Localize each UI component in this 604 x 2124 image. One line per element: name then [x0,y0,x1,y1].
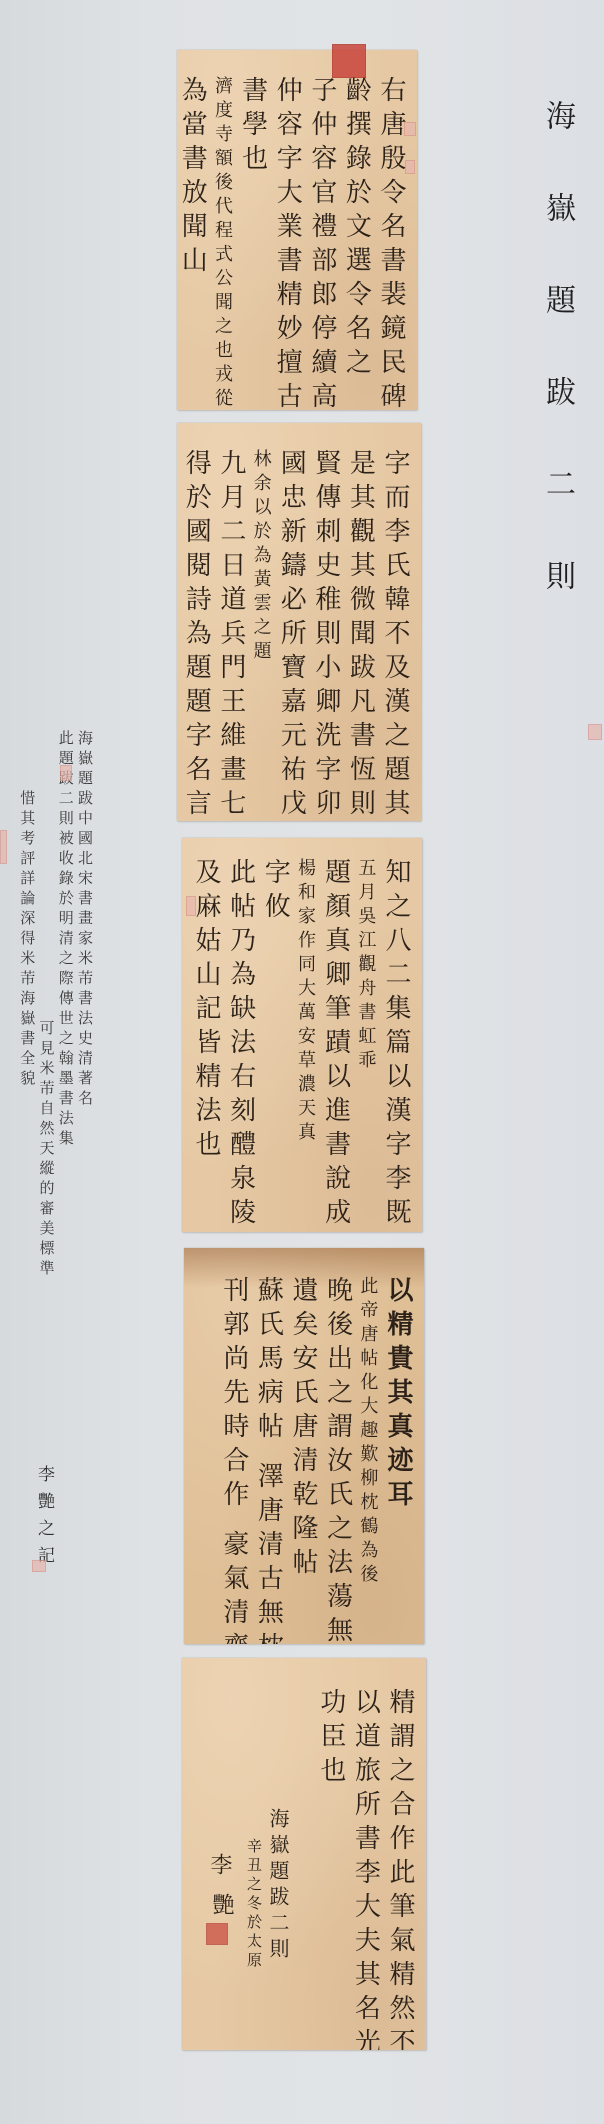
panel-2-column: 林余以於為黃雲之題 [251,449,271,809]
panel-2-column: 賢傳刺史稚則小卿洗字卯唐紹古 [311,449,340,809]
panel-2-column: 得於國閱詩為題題字名言之旗 [182,449,211,809]
calligraphy-panel-2: 字而李氏韓不及漢之題其稱若此 是其觀其微聞跋凡書恆則若集 賢傳刺史稚則小卿洗字卯… [177,423,421,821]
panel-3-column: 字攸 [261,858,290,1220]
panel-4-column: 遺矣安氏唐清乾隆帖 [288,1276,317,1632]
signature-title: 海嶽題跋二則 [264,1808,293,1964]
signature-date: 辛丑之冬於太原 [244,1838,265,1971]
panel-3-column: 楊和家作同大萬安草濃天真 [295,858,315,1220]
panel-5-column: 精謂之合作此筆氣精然不信帖 [385,1688,414,2038]
panel-2-column: 字而李氏韓不及漢之題其稱若此 [380,449,409,809]
calligraphy-panel-5: 精謂之合作此筆氣精然不信帖 以道旅所書李大夫其名光顏唐 功臣也 海嶽題跋二則 辛… [182,1658,426,2050]
panel-2-column: 國忠新鑄必所寶嘉元祐戊辰集 [277,449,306,809]
panel-1-column: 齡撰錄於文選令名之 [342,76,371,398]
signature-name: 艷 [206,1893,237,1915]
panel-4-column: 晚後出之謂汝氏之法蕩無 [323,1276,352,1632]
side-inscription-column: 海嶽題跋中國北宋書畫家米芾書法史清著名 [76,730,93,1280]
panel-5-column: 功臣也 [316,1688,345,2038]
panel-3-column: 五月吳江觀舟書虹乖 [356,858,376,1220]
panel-4-column: 蘇氏馬病帖 澤唐清古無枕鶴是 [254,1276,283,1632]
side-inscription-column: 惜其考評詳論深得米芾海嶽書全貌 [18,790,35,1280]
panel-1-column: 子仲容官禮部郎停續高士傳錄云 [307,76,336,398]
panel-1-column: 仲容字大業書精妙擅古今名 [273,76,302,398]
side-seal [405,160,415,174]
side-seal [0,830,7,864]
panel-5-column: 以道旅所書李大夫其名光顏唐 [351,1688,380,2038]
collector-seal [332,44,366,78]
side-seal [32,1560,46,1572]
panel-3-column: 此帖乃為缺法右刻醴泉陵時 [226,858,255,1220]
panel-1-column: 右唐殷令名書裴鏡民碑唐王昌 [376,76,405,398]
panel-3-column: 知之八二集篇以漢字李既檢閱審定 [381,858,410,1220]
hanging-scroll: 海嶽題跋二則 右唐殷令名書裴鏡民碑唐王昌 齡撰錄於文選令名之 子仲容官禮部郎停續… [0,0,604,2124]
calligraphy-panel-3: 知之八二集篇以漢字李既檢閱審定 五月吳江觀舟書虹乖 題顏真卿筆蹟以進書說成自一格… [182,838,422,1232]
panel-4-column: 以精貴其真迹耳 [383,1276,412,1632]
panel-2-column: 九月二日道兵門王維畫七帝王昌 [216,449,245,809]
panel-1-column: 書學也 [238,76,267,398]
side-inscription-column: 此題跋二則被收錄於明清之際傳世之翰墨書法集 [57,730,74,1280]
side-inscription-signature: 李艷之記 [32,1465,57,1573]
artist-seal [206,1923,228,1945]
panel-4-column: 刊郭尚先時合作 豪氣清齊札 [219,1276,248,1632]
side-inscription: 海嶽題跋中國北宋書畫家米芾書法史清著名 此題跋二則被收錄於明清之際傳世之翰墨書法… [18,730,93,1280]
signature-surname: 李 [204,1853,235,1875]
side-seal [404,122,416,136]
panel-3-column: 題顏真卿筆蹟以進書說成自一格 [321,858,350,1220]
panel-2-column: 是其觀其微聞跋凡書恆則若集 [346,449,375,809]
calligraphy-panel-1: 右唐殷令名書裴鏡民碑唐王昌 齡撰錄於文選令名之 子仲容官禮部郎停續高士傳錄云 仲… [177,50,417,410]
side-seal [60,765,72,781]
title-seal [588,724,602,740]
panel-1-column: 濟度寺額後代程式公聞之也戎從中 [212,76,232,398]
calligraphy-panel-4: 以精貴其真迹耳 此帝唐帖化大趣歎柳枕鶴為後 晚後出之謂汝氏之法蕩無 遺矣安氏唐清… [184,1248,424,1644]
side-seal [186,896,196,916]
panel-1-column: 為當書放聞山 [178,76,207,398]
side-inscription-column: 可見米芾自然天縱的審美標準 [37,1020,54,1280]
scroll-title: 海嶽題跋二則 [535,100,579,652]
panel-4-column: 此帝唐帖化大趣歎柳枕鶴為後 [358,1276,378,1632]
